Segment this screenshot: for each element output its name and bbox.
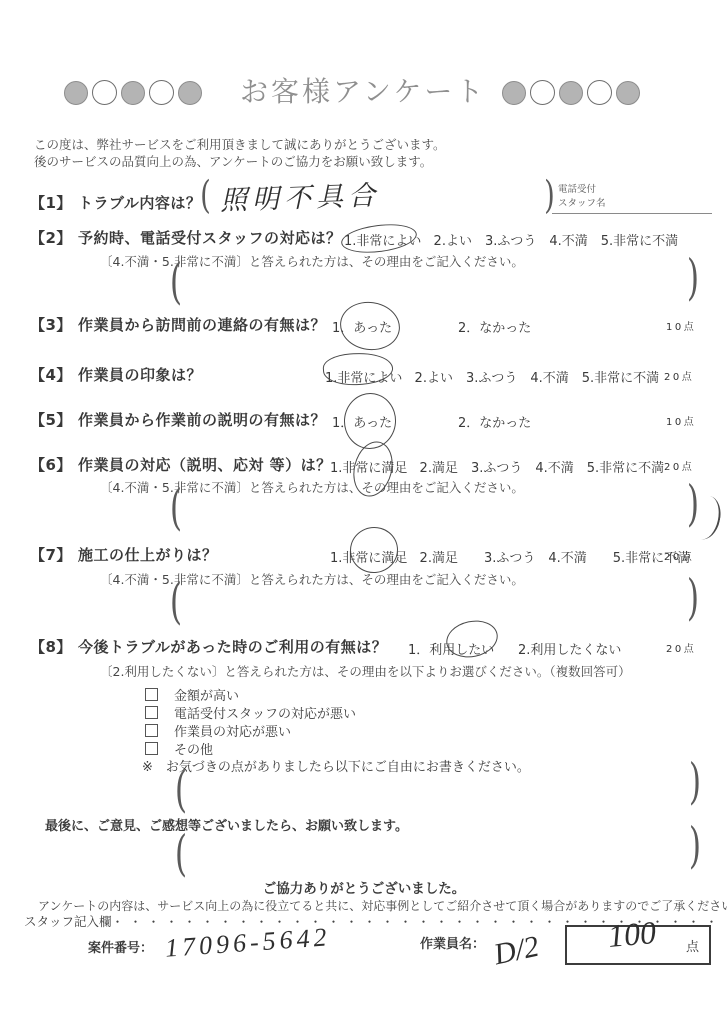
filled-circle-icon <box>559 81 583 105</box>
worker-signature-handwritten: D/2 <box>491 930 542 973</box>
q7-answer-bracket-close: ) <box>687 573 699 621</box>
q2-note: 〔4.不満・5.非常に不満〕と答えられた方は、その理由をご記入ください。 <box>100 252 524 270</box>
survey-form-page: お客様アンケート この度は、弊社サービスをご利用頂きまして誠にありがとうございま… <box>0 0 728 1029</box>
q8-option-2: 2.利用したくない <box>518 639 621 658</box>
q6-other-options: 2.満足 3.ふつう 4.不満 5.非常に不満 <box>420 461 665 476</box>
case-number-label: 案件番号： <box>88 937 153 956</box>
q3-points: 10点 <box>666 318 696 333</box>
stray-pen-mark <box>700 496 725 542</box>
q8-selected-option: 1．利用したい <box>408 643 494 658</box>
outline-circle-icon <box>530 80 555 105</box>
q7-label: 【7】施工の仕上がりは？ <box>30 544 217 565</box>
q8-checkbox-row-3: 作業員の対応が悪い <box>145 721 291 740</box>
q5-points: 10点 <box>666 413 696 428</box>
q2-number: 【2】 <box>30 229 72 247</box>
q4-other-options: 2.よい 3.ふつう 4.不満 5.非常に不満 <box>415 371 660 386</box>
q6-note: 〔4.不満・5.非常に不満〕と答えられた方は、その理由をご記入ください。 <box>100 478 524 496</box>
q3-option-1: 1．あった <box>332 317 392 336</box>
q5-selected-option: 1．あった <box>332 416 392 431</box>
q2-options: 1.非常によい 2.よい 3.ふつう 4.不満 5.非常に不満 <box>344 230 678 249</box>
q2-selected-option: 1.非常によい <box>344 234 421 249</box>
q7-points: 20点 <box>664 548 694 563</box>
score-value-handwritten: 100 <box>606 914 657 955</box>
q1-label: 【1】トラブル内容は？ <box>30 192 201 213</box>
q7-selection-circle-mark <box>348 525 401 576</box>
staff-entry-label: スタッフ記入欄 <box>24 914 112 929</box>
q8-free-note: ※ お気づきの点がありましたら以下にご自由にお書きください。 <box>142 756 530 775</box>
header-decoration-right <box>502 80 640 105</box>
q4-label: 【4】作業員の印象は？ <box>30 364 202 385</box>
q6-points: 20点 <box>664 458 694 473</box>
q5-label: 【5】作業員から作業前の説明の有無は？ <box>30 409 326 430</box>
q8-checkbox-row-2: 電話受付スタッフの対応が悪い <box>145 703 356 722</box>
q6-text: 作業員の対応（説明、応対 等）は？ <box>78 456 332 474</box>
checkbox-icon <box>145 742 158 755</box>
filled-circle-icon <box>178 81 202 105</box>
q7-selected-option: 1.非常に満足 <box>330 551 407 566</box>
closing-bracket-close: ) <box>689 821 701 869</box>
worker-name-label: 作業員名： <box>420 933 485 952</box>
q1-answer-bracket-close: ) <box>544 176 555 214</box>
q8-note: 〔2.利用したくない〕と答えられた方は、その理由を以下よりお選びください。（複数… <box>100 662 631 680</box>
q6-answer-bracket-close: ) <box>687 479 699 527</box>
closing-bracket-open: ( <box>175 829 187 877</box>
q2-answer-bracket-close: ) <box>687 253 699 301</box>
q3-label: 【3】作業員から訪問前の連絡の有無は？ <box>30 314 326 335</box>
q2-text: 予約時、電話受付スタッフの対応は？ <box>78 229 342 247</box>
header-decoration-left <box>64 80 202 105</box>
intro-line-1: この度は、弊社サービスをご利用頂きまして誠にありがとうございます。 <box>34 136 446 153</box>
q7-text: 施工の仕上がりは？ <box>78 546 218 564</box>
q3-selected-option: 1．あった <box>332 321 392 336</box>
q5-option-1: 1．あった <box>332 412 392 431</box>
q7-other-options: 2.満足 3.ふつう 4.不満 5.非常に不満 <box>420 551 691 566</box>
checkbox-icon <box>145 688 158 701</box>
q8-checkbox-row-1: 金額が高い <box>145 685 239 704</box>
score-unit-label: 点 <box>686 936 699 955</box>
q1-number: 【1】 <box>30 194 72 212</box>
q8-checkbox-label-2: 電話受付スタッフの対応が悪い <box>174 703 356 722</box>
thanks-text: ご協力ありがとうございました。 <box>0 877 728 897</box>
q6-number: 【6】 <box>30 456 72 474</box>
q8-answer-bracket-close: ) <box>689 757 701 805</box>
filled-circle-icon <box>64 81 88 105</box>
q5-option-2: 2．なかった <box>458 412 531 431</box>
q7-options: 1.非常に満足 2.満足 3.ふつう 4.不満 5.非常に不満 <box>330 547 690 566</box>
q7-number: 【7】 <box>30 546 72 564</box>
q5-number: 【5】 <box>30 411 72 429</box>
q8-option-1: 1．利用したい <box>408 639 494 658</box>
q8-checkbox-label-1: 金額が高い <box>174 685 239 704</box>
q1-answer-bracket-open: ( <box>200 176 211 214</box>
q2-label: 【2】予約時、電話受付スタッフの対応は？ <box>30 227 341 248</box>
outline-circle-icon <box>587 80 612 105</box>
q4-points: 20点 <box>664 368 694 383</box>
staff-name-underline <box>552 213 712 214</box>
q4-options: 1.非常によい 2.よい 3.ふつう 4.不満 5.非常に不満 <box>325 367 659 386</box>
outline-circle-icon <box>149 80 174 105</box>
phone-reception-label: 電話受付 <box>558 183 606 197</box>
q3-number: 【3】 <box>30 316 72 334</box>
q8-points: 20点 <box>666 640 696 655</box>
phone-staff-name-label: 電話受付 スタッフ名 <box>558 183 606 211</box>
q3-text: 作業員から訪問前の連絡の有無は？ <box>78 316 326 334</box>
q4-number: 【4】 <box>30 366 72 384</box>
q3-option-2: 2．なかった <box>458 317 531 336</box>
q7-note: 〔4.不満・5.非常に不満〕と答えられた方は、その理由をご記入ください。 <box>100 570 524 588</box>
q4-selected-option: 1.非常によい <box>325 371 402 386</box>
q2-other-options: 2.よい 3.ふつう 4.不満 5.非常に不満 <box>434 234 679 249</box>
q6-answer-bracket-open: ( <box>170 483 182 531</box>
q1-text: トラブル内容は？ <box>78 194 201 212</box>
outline-circle-icon <box>92 80 117 105</box>
q8-label: 【8】今後トラブルがあった時のご利用の有無は？ <box>30 636 387 657</box>
q7-answer-bracket-open: ( <box>170 577 182 625</box>
filled-circle-icon <box>502 81 526 105</box>
q8-text: 今後トラブルがあった時のご利用の有無は？ <box>78 638 387 656</box>
q1-handwritten-answer: 照明不具合 <box>219 173 380 218</box>
q4-text: 作業員の印象は？ <box>78 366 202 384</box>
q2-answer-bracket-open: ( <box>170 257 182 305</box>
checkbox-icon <box>145 724 158 737</box>
q6-selected-option: 1.非常に満足 <box>330 461 407 476</box>
page-title: お客様アンケート <box>240 70 486 110</box>
filled-circle-icon <box>121 81 145 105</box>
intro-line-2: 後のサービスの品質向上の為、アンケートのご協力をお願い致します。 <box>34 153 432 170</box>
q6-options: 1.非常に満足 2.満足 3.ふつう 4.不満 5.非常に不満 <box>330 457 664 476</box>
q6-label: 【6】作業員の対応（説明、応対 等）は？ <box>30 454 332 475</box>
q5-text: 作業員から作業前の説明の有無は？ <box>78 411 326 429</box>
q8-answer-bracket-open: ( <box>175 765 187 813</box>
q8-number: 【8】 <box>30 638 72 656</box>
staff-name-label: スタッフ名 <box>558 197 606 211</box>
checkbox-icon <box>145 706 158 719</box>
q8-checkbox-label-3: 作業員の対応が悪い <box>174 721 291 740</box>
closing-request-text: 最後に、ご意見、ご感想等ございましたら、お願い致します。 <box>45 815 408 834</box>
filled-circle-icon <box>616 81 640 105</box>
